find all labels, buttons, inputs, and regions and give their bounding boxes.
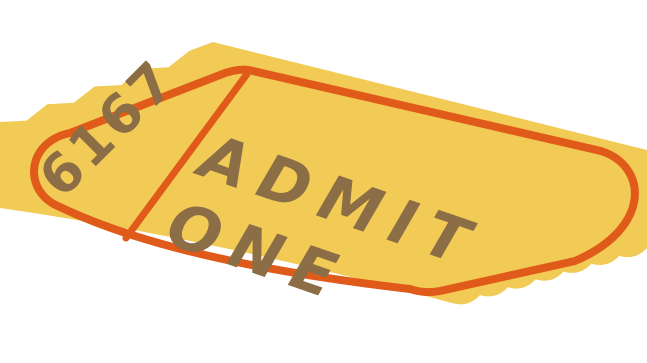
ticket-canvas: 6167 ADMIT ONE xyxy=(0,0,647,363)
admission-ticket-illustration: 6167 ADMIT ONE xyxy=(0,0,647,363)
